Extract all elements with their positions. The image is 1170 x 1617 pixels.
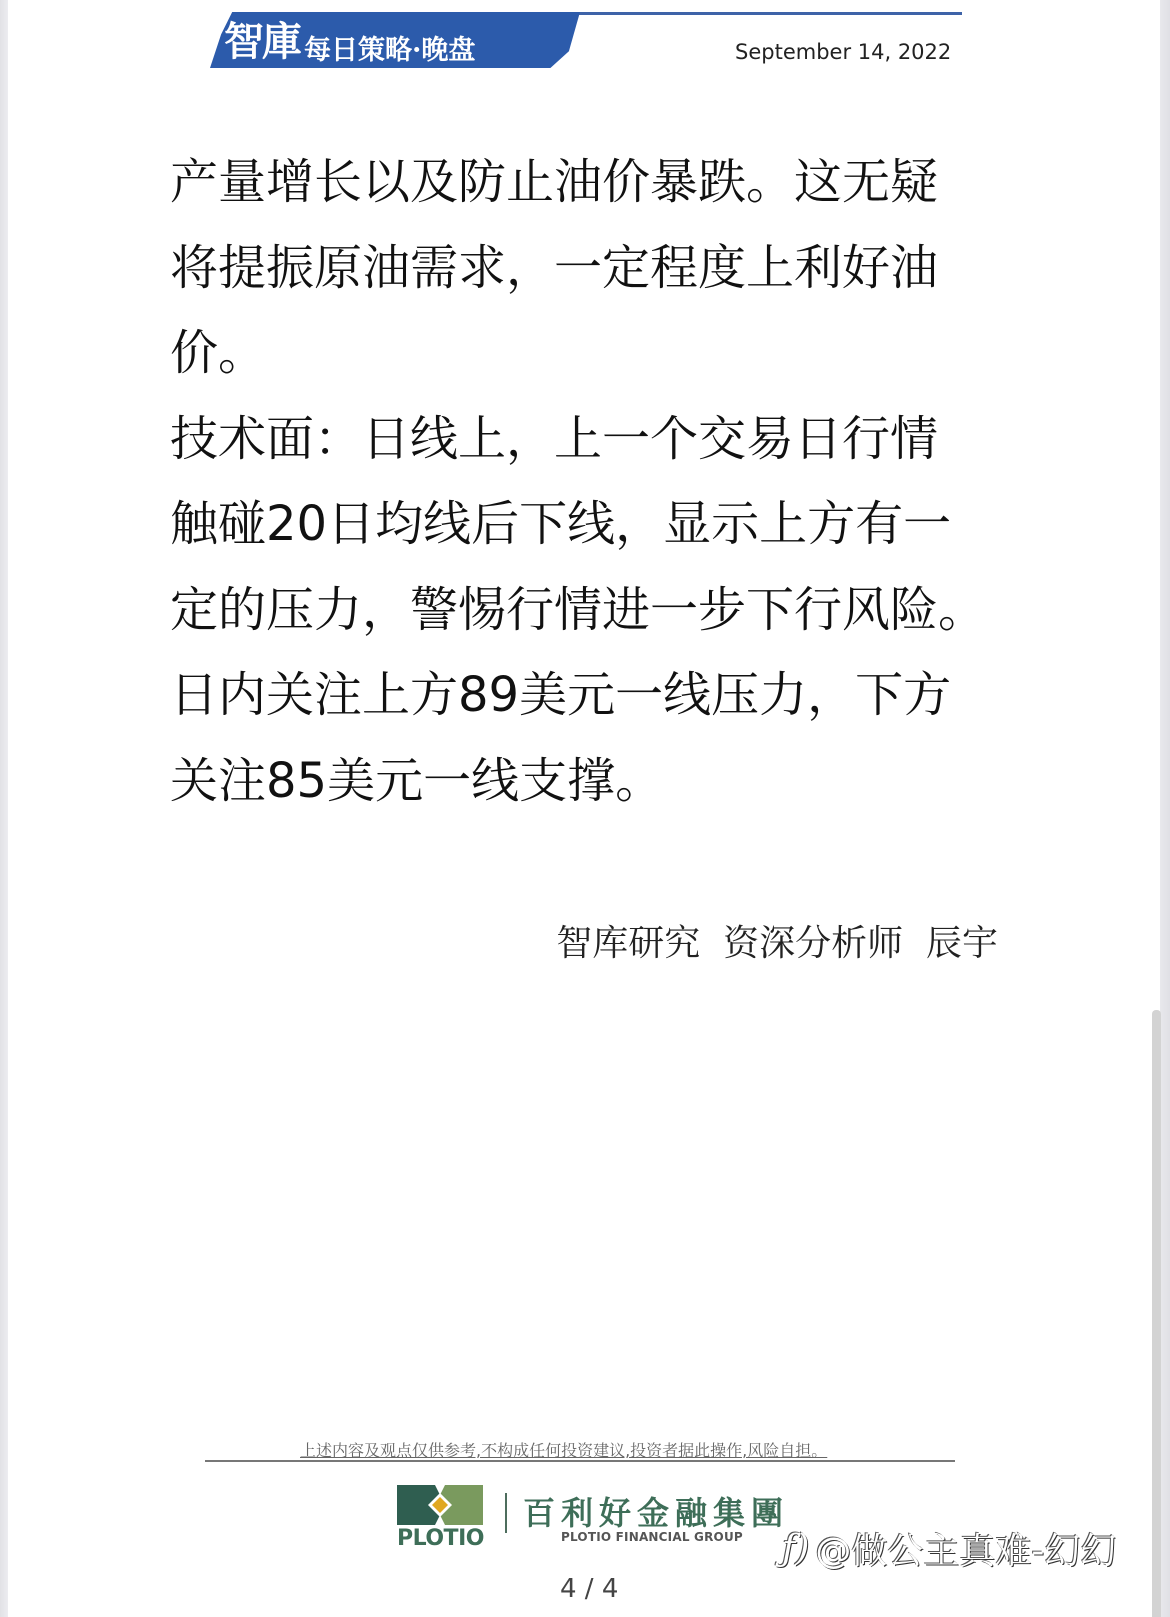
page-indicator: 4 / 4 — [560, 1574, 618, 1604]
body-line: 将提振原油需求，一定程度上利好油 — [170, 226, 1002, 312]
right-scroll-track[interactable] — [1160, 0, 1170, 1617]
company-name-en: PLOTIO FINANCIAL GROUP — [561, 1530, 743, 1544]
header-subtitle: 每日策略·晚盘 — [304, 37, 475, 64]
report-date: September 14, 2022 — [735, 40, 951, 64]
footer-rule — [205, 1460, 955, 1462]
body-line: 日内关注上方89美元一线压力，下方 — [170, 653, 1002, 739]
weibo-logo-icon: ƒ) — [782, 1528, 809, 1569]
logo-divider — [505, 1493, 507, 1533]
header-banner: 智庫 每日策略·晚盘 — [210, 12, 580, 68]
body-line: 定的压力，警惕行情进一步下行风险。 — [170, 568, 1002, 654]
disclaimer-text: 上述内容及观点仅供参考,不构成任何投资建议,投资者据此操作,风险自担。 — [300, 1438, 900, 1461]
body-line: 技术面：日线上，上一个交易日行情 — [170, 397, 1002, 483]
article-body: 产量增长以及防止油价暴跌。这无疑 将提振原油需求，一定程度上利好油 价。 技术面… — [170, 140, 1002, 824]
watermark: ƒ) @做公主真难-幻幻 — [782, 1523, 1116, 1573]
plotio-logo-icon — [397, 1485, 483, 1525]
body-line: 触碰20日均线后下线，显示上方有一 — [170, 482, 1002, 568]
author-signature: 智库研究 资深分析师 辰宇 — [556, 915, 998, 966]
body-line: 产量增长以及防止油价暴跌。这无疑 — [170, 140, 1002, 226]
body-line: 关注85美元一线支撑。 — [170, 739, 1002, 825]
watermark-text: @做公主真难-幻幻 — [815, 1523, 1116, 1574]
company-name-cn: 百利好金融集團 — [523, 1488, 789, 1534]
logo-wordmark: PLOTIO — [397, 1526, 484, 1551]
body-line: 价。 — [170, 311, 1002, 397]
brand-logo-text: 智庫 — [224, 22, 300, 62]
left-page-edge — [0, 0, 8, 1617]
scrollbar-thumb[interactable] — [1152, 1010, 1161, 1617]
